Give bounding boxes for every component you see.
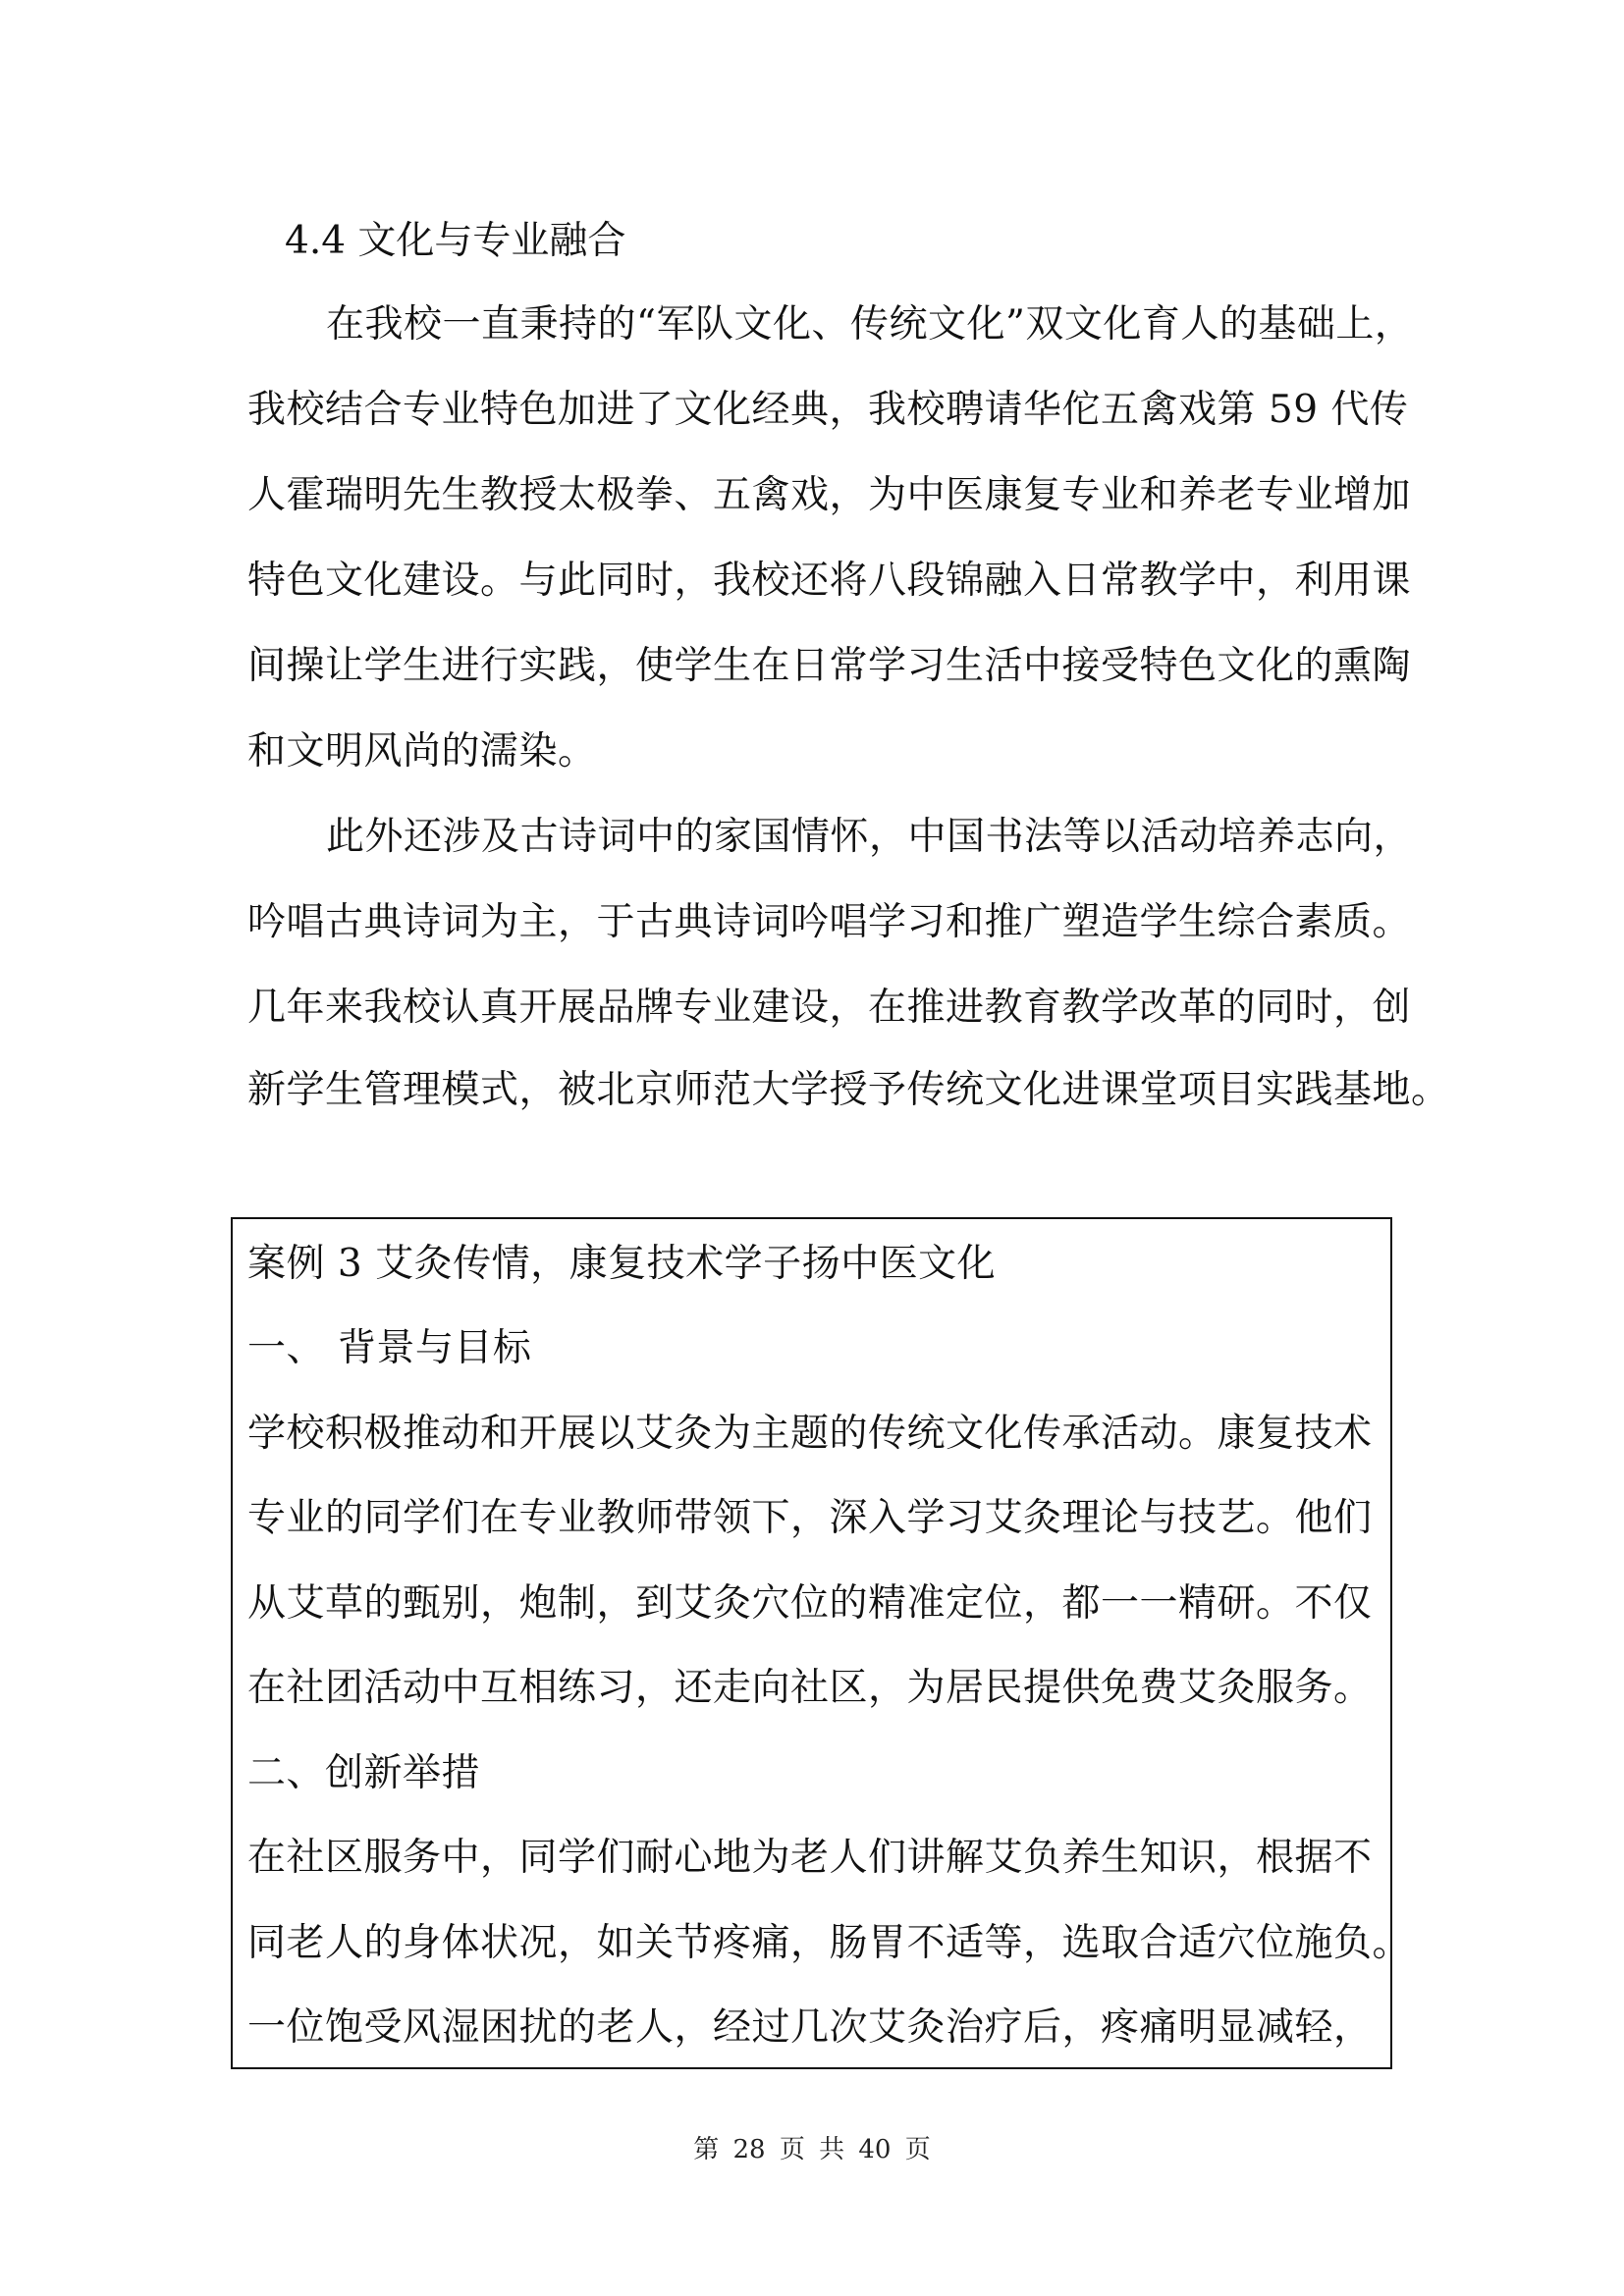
section-heading: 4.4 文化与专业融合: [285, 198, 625, 284]
paragraph-1-line-3: 人霍瑞明先生教授太极拳、五禽戏，为中医康复专业和养老专业增加: [247, 453, 1386, 538]
paragraph-1-line-4: 特色文化建设。与此同时，我校还将八段锦融入日常教学中，利用课: [247, 538, 1386, 623]
paragraph-2-line-2: 吟唱古典诗词为主，于古典诗词吟唱学习和推广塑造学生综合素质。: [247, 880, 1386, 965]
case-title: 案例 3 艾灸传情，康复技术学子扬中医文化: [247, 1221, 1386, 1307]
paragraph-2-line-4: 新学生管理模式，被北京师范大学授予传统文化进课堂项目实践基地。: [247, 1047, 1386, 1133]
case-background-line-1: 学校积极推动和开展以艾灸为主题的传统文化传承活动。康复技术: [247, 1391, 1386, 1476]
case-innovation-line-1: 在社区服务中，同学们耐心地为老人们讲解艾负养生知识，根据不: [247, 1815, 1386, 1900]
paragraph-2-line-1: 此外还涉及古诗词中的家国情怀，中国书法等以活动培养志向，: [326, 794, 1386, 880]
case-innovation-line-2: 同老人的身体状况，如关节疼痛，肠胃不适等，选取合适穴位施负。: [247, 1900, 1386, 1986]
case-background-line-4: 在社团活动中互相练习，还走向社区，为居民提供免费艾灸服务。: [247, 1645, 1386, 1731]
case-background-line-3: 从艾草的甄别，炮制，到艾灸穴位的精准定位，都一一精研。不仅: [247, 1561, 1386, 1646]
paragraph-1-line-6: 和文明风尚的濡染。: [247, 709, 1386, 794]
page-number-footer: 第 28 页 共 40 页: [0, 2132, 1624, 2167]
paragraph-1-line-5: 间操让学生进行实践，使学生在日常学习生活中接受特色文化的熏陶: [247, 623, 1386, 709]
case-subheading-background: 一、 背景与目标: [247, 1306, 1386, 1391]
case-subheading-innovation: 二、创新举措: [247, 1731, 1386, 1816]
case-background-line-2: 专业的同学们在专业教师带领下，深入学习艾灸理论与技艺。他们: [247, 1475, 1386, 1561]
paragraph-2-line-3: 几年来我校认真开展品牌专业建设，在推进教育教学改革的同时，创: [247, 965, 1386, 1050]
paragraph-1-line-1: 在我校一直秉持的“军队文化、传统文化”双文化育人的基础上，: [326, 282, 1386, 367]
paragraph-1-line-2: 我校结合专业特色加进了文化经典，我校聘请华佗五禽戏第 59 代传: [247, 367, 1386, 453]
document-page: 4.4 文化与专业融合 在我校一直秉持的“军队文化、传统文化”双文化育人的基础上…: [0, 0, 1624, 2296]
case-innovation-line-3: 一位饱受风湿困扰的老人，经过几次艾灸治疗后，疼痛明显减轻，: [247, 1985, 1386, 2070]
